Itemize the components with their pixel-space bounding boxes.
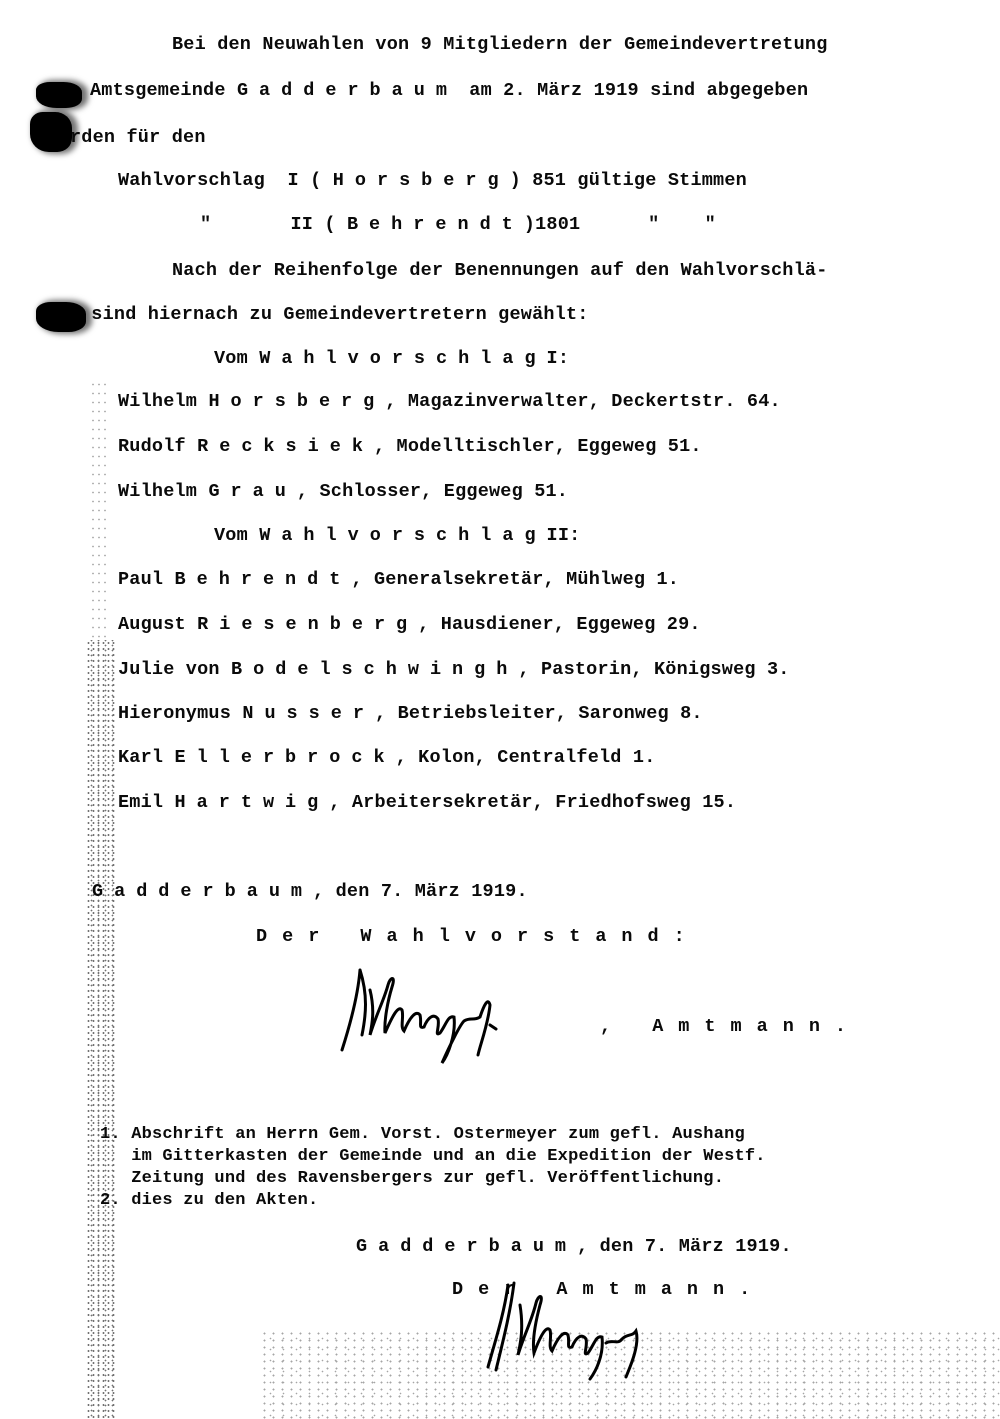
note-line: Zeitung und des Ravensbergers zur gefl. … [100, 1168, 724, 1190]
margin-stipple-lower [86, 640, 116, 1419]
intro-line-1: Bei den Neuwahlen von 9 Mitgliedern der … [172, 34, 828, 56]
scanned-document-page: Bei den Neuwahlen von 9 Mitgliedern der … [0, 0, 1000, 1419]
member-row: August Riesenberg, Hausdiener, Eggeweg 2… [118, 614, 701, 636]
ink-blotch [30, 112, 72, 152]
member-row: Emil Hartwig, Arbeitersekretär, Friedhof… [118, 792, 736, 814]
vote-row-1: Wahlvorschlag I ( Horsberg) 851 gültige … [118, 170, 747, 192]
vote-label: Wahlvorschlag [118, 170, 265, 191]
signature-1-title: , Amtmann. [600, 1016, 861, 1038]
intro-line-2: Amtsgemeinde Gadderbaum am 2. März 1919 … [90, 80, 808, 102]
vote-label: " [200, 214, 211, 235]
intro-line-2-rest: am 2. März 1919 sind abgegeben [458, 80, 808, 101]
member-row: Karl Ellerbrock, Kolon, Centralfeld 1. [118, 747, 656, 769]
member-row: Wilhelm Grau, Schlosser, Eggeweg 51. [118, 481, 568, 503]
vote-name: Behrendt [347, 214, 524, 235]
ink-blotch [36, 82, 82, 108]
vote-unit: gültige Stimmen [577, 170, 747, 191]
vote-list: II [290, 214, 313, 235]
dateline-2: Gadderbaum, den 7. März 1919. [356, 1236, 792, 1258]
signature-1 [330, 955, 560, 1065]
vote-name: Horsberg [333, 170, 510, 191]
board-title: Der Wahlvorstand: [256, 926, 700, 948]
note-line: 2. dies zu den Akten. [100, 1190, 318, 1212]
section-heading-2: Vom WahlvorschlagII: [214, 525, 580, 547]
dateline-1: Gadderbaum, den 7. März 1919. [92, 881, 528, 903]
vote-count: 1801 [535, 214, 580, 235]
member-row: Paul Behrendt, Generalsekretär, Mühlweg … [118, 569, 679, 591]
member-row: Hieronymus Nusser, Betriebsleiter, Saron… [118, 703, 703, 725]
order-line-1: Nach der Reihenfolge der Benennungen auf… [172, 260, 828, 282]
vote-list: I [288, 170, 299, 191]
member-row: Rudolf Recksiek, Modelltischler, Eggeweg… [118, 436, 702, 458]
place-name: Gadderbaum [237, 80, 458, 101]
ink-blotch [36, 302, 86, 332]
signature-2 [480, 1275, 680, 1385]
member-row: Julie von Bodelschwingh, Pastorin, König… [118, 659, 790, 681]
vote-row-2: " II ( Behrendt)1801 " " [200, 214, 716, 236]
intro-line-2-text: Amtsgemeinde [90, 80, 237, 101]
member-row: Wilhelm Horsberg, Magazinverwalter, Deck… [118, 391, 781, 413]
note-line: 1. Abschrift an Herrn Gem. Vorst. Osterm… [100, 1124, 745, 1146]
section-heading-1: Vom WahlvorschlagI: [214, 348, 569, 370]
order-line-2: sind hiernach zu Gemeindevertretern gewä… [80, 304, 589, 326]
vote-count: 851 [532, 170, 566, 191]
note-line: im Gitterkasten der Gemeinde und an die … [100, 1146, 766, 1168]
vote-unit: " " [648, 214, 716, 235]
intro-line-3: rden für den [70, 127, 206, 149]
margin-stipple-upper [90, 380, 108, 640]
